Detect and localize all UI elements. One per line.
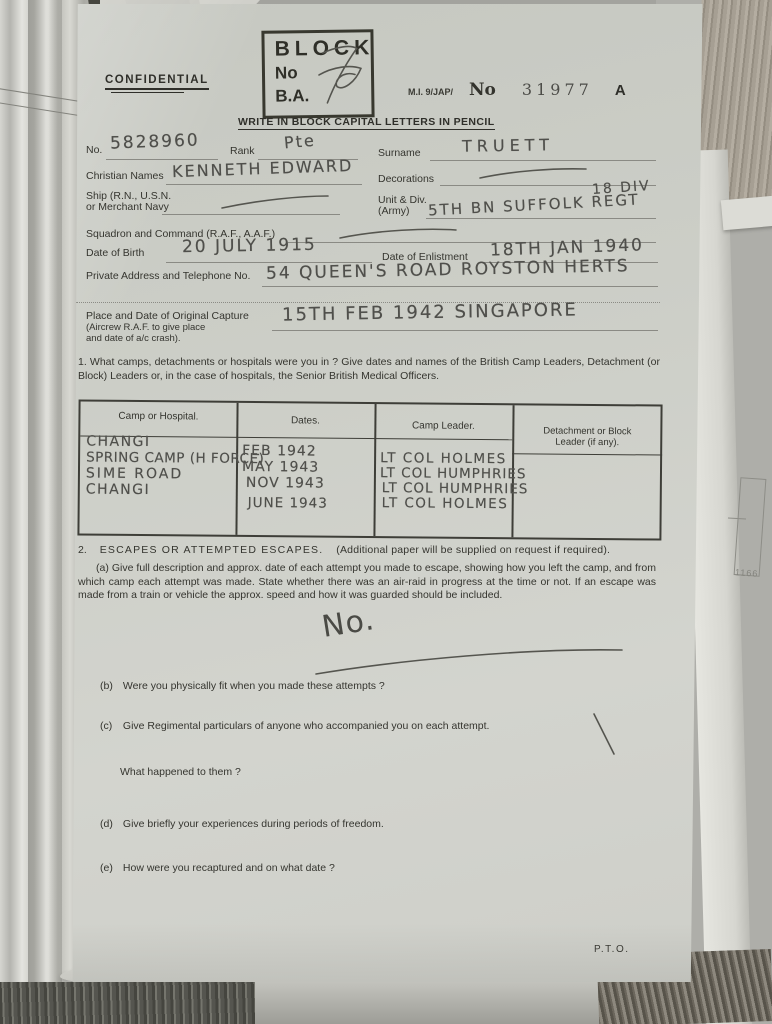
dates-row-4: JUNE 1943 [248,495,328,512]
paper-stack-shadow [28,0,62,1024]
form-instruction: WRITE IN BLOCK CAPITAL LETTERS IN PENCIL [238,116,495,130]
question-2c: (c) Give Regimental particulars of anyon… [100,720,489,732]
q2c-text: Give Regimental particulars of anyone wh… [123,720,490,732]
capture-label: Place and Date of Original Capture [86,310,249,322]
rank-label: Rank [230,145,255,157]
classification-stamp: CONFIDENTIAL [105,74,209,90]
handwritten-mark-78 [317,38,368,109]
camp-row-1: CHANGI [86,434,150,451]
dates-row-1: FEB 1942 [242,443,317,460]
decorations-dash [478,166,588,180]
ref-prefix: M.I. 9/JAP/ [408,87,453,97]
no-label: No. [86,144,102,156]
camps-table: Camp or Hospital. Dates. Camp Leader. De… [77,399,662,540]
handwritten-answer-no: No. [320,602,378,645]
paper-edges-bottom-middle [255,975,615,1024]
capture-value: 15TH FEB 1942 SINGAPORE [282,299,578,325]
camp-row-2: SPRING CAMP (H FORCE) [86,450,264,468]
question-2-heading: 2. ESCAPES OR ATTEMPTED ESCAPES. (Additi… [78,544,610,556]
camp-row-4: CHANGI [86,482,150,499]
camp-row-3: SIME ROAD [86,466,183,483]
answer-underline-stroke [310,644,630,678]
table-header-rule-col4 [512,453,662,455]
address-label: Private Address and Telephone No. [86,270,250,282]
decorations-label: Decorations [378,173,434,185]
pow-questionnaire-form: CONFIDENTIAL BLOCK No B.A. M.I. 9/JAP/No… [70,4,718,982]
field-rule [262,286,658,287]
field-rule [106,159,218,160]
dates-row-3: NOV 1943 [246,475,325,492]
paper-flap [721,196,772,231]
surname-value: TRUETT [462,135,554,156]
unit-value: 5TH BN SUFFOLK REGT [428,190,640,219]
field-rule [430,160,656,161]
christian-names-label: Christian Names [86,170,164,182]
question-2c-followup: What happened to them ? [120,766,241,778]
field-rule [426,218,656,219]
file-reference: M.I. 9/JAP/No31977A [408,80,626,100]
question-2b: (b) Were you physically fit when you mad… [100,680,385,692]
dob-value: 20 JULY 1915 [182,235,317,257]
stray-pencil-stroke [592,712,616,756]
field-rule [166,184,362,185]
block-number-stamp: BLOCK No B.A. [261,29,374,119]
dates-row-2: MAY 1943 [242,459,319,476]
pto-footer: P.T.O. [594,944,630,955]
dob-label: Date of Birth [86,247,144,259]
q2a-label: (a) [96,562,109,574]
q2-number: 2. [78,544,87,556]
unit-div-label-line2: (Army) [378,205,410,217]
ship-label-line2: or Merchant Navy [86,201,169,213]
ref-no-label: No [469,80,496,100]
squadron-dash [338,226,458,240]
ref-number: 31977 [522,80,593,99]
col-header-leader: Camp Leader. [374,420,512,432]
surname-label: Surname [378,147,421,159]
rank-value: Pte [283,131,316,153]
underlying-page-number: 1166 [735,567,759,579]
question-2e: (e) How were you recaptured and on what … [100,862,335,874]
col-header-camp: Camp or Hospital. [80,410,236,422]
question-1-text: 1. What camps, detachments or hospitals … [78,356,660,383]
q2d-label: (d) [100,818,120,830]
ref-suffix: A [615,82,626,99]
paper-edges-bottom-left [0,982,280,1024]
q2b-text: Were you physically fit when you made th… [123,680,385,692]
ship-dash [220,194,330,210]
q2-title: ESCAPES OR ATTEMPTED ESCAPES. [100,544,324,556]
question-2a-text: (a) Give full description and approx. da… [78,562,656,603]
q2a-body: Give full description and approx. date o… [78,562,656,601]
service-number-value: 5828960 [110,130,200,153]
q2d-text: Give briefly your experiences during per… [123,818,384,830]
capture-sub1: (Aircrew R.A.F. to give place [86,322,205,333]
address-value: 54 QUEEN'S ROAD ROYSTON HERTS [266,256,630,284]
field-rule [162,214,340,215]
q2e-label: (e) [100,862,120,874]
field-rule [272,330,658,331]
question-2d: (d) Give briefly your experiences during… [100,818,384,830]
capture-sub2: and date of a/c crash). [86,333,181,344]
q2c-label: (c) [100,720,120,732]
q2e-text: How were you recaptured and on what date… [123,862,335,874]
col-header-detachment-2: Leader (if any). [512,436,662,448]
leader-row-4: LT COL HOLMES [382,495,509,512]
col-header-dates: Dates. [236,415,374,427]
q2-note: (Additional paper will be supplied on re… [336,544,610,556]
q2b-label: (b) [100,680,120,692]
